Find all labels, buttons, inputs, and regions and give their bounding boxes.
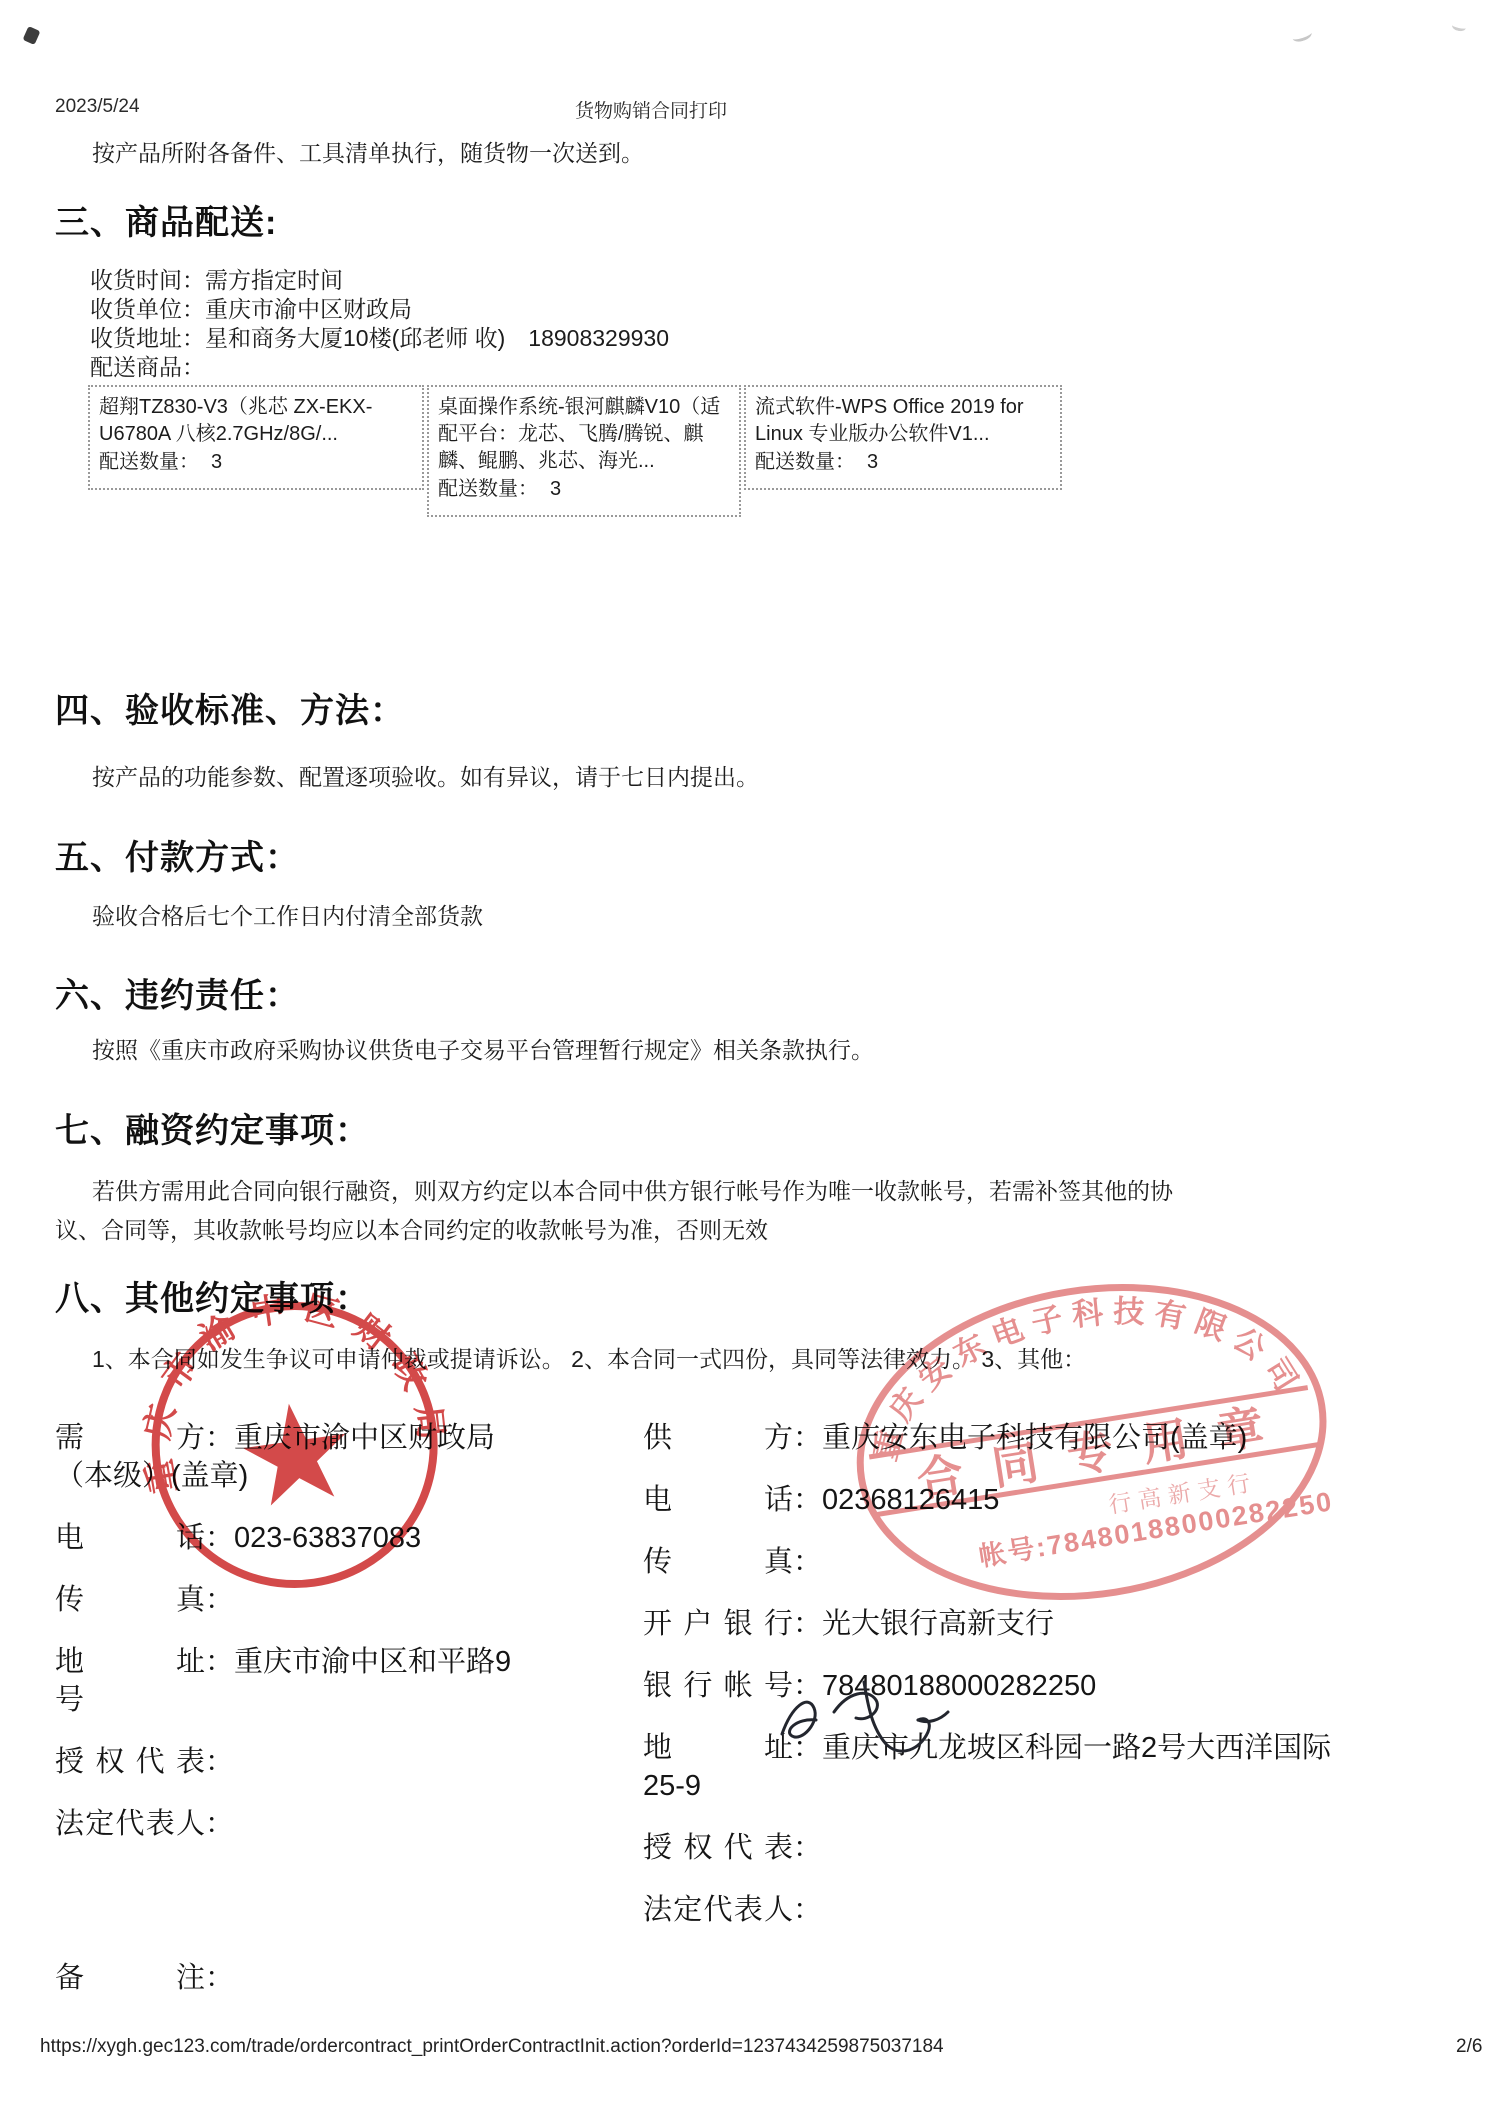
buyer-row: 授权代表： [55,1743,533,1781]
section-4-heading: 四、验收标准、方法： [55,683,1433,732]
product-name: 桌面操作系统-银河麒麟V10（适配平台：龙芯、飞腾/腾锐、麒麟、鲲鹏、兆芯、海光… [438,394,730,475]
field-label: 法定代表人 [55,1805,205,1843]
field-label: 授权代表 [55,1743,205,1781]
field-label: 授权代表 [643,1829,793,1867]
delivery-info: 收货时间：需方指定时间 收货单位：重庆市渝中区财政局 收货地址：星和商务大厦10… [90,266,1433,382]
delivery-address: 收货地址：星和商务大厦10楼(邱老师 收) 18908329930 [90,324,1433,353]
field-label: 供方 [643,1419,793,1457]
delivery-unit: 收货单位：重庆市渝中区财政局 [90,295,1433,324]
product-card: 桌面操作系统-银河麒麟V10（适配平台：龙芯、飞腾/腾锐、麒麟、鲲鹏、兆芯、海光… [427,385,741,517]
footer-url: https://xygh.gec123.com/trade/ordercontr… [40,2036,944,2058]
delivery-time: 收货时间：需方指定时间 [90,266,1433,295]
buyer-row: 地址：重庆市渝中区和平路9号 [55,1643,533,1719]
section-7-heading: 七、融资约定事项： [55,1103,1433,1152]
section-3-heading: 三、商品配送: [55,195,1433,244]
section-4-body: 按产品的功能参数、配置逐项验收。如有异议，请于七日内提出。 [55,758,1173,798]
supplier-row: 法定代表人： [643,1891,1349,1929]
product-qty-value: 3 [550,478,561,500]
section-7-body: 若供方需用此合同向银行融资，则双方约定以本合同中供方银行帐号作为唯一收款帐号，若… [55,1172,1173,1251]
product-qty-value: 3 [867,451,878,473]
colon: ： [793,1484,822,1516]
field-value: 光大银行高新支行 [822,1608,1054,1640]
colon: ： [793,1608,822,1640]
colon: ： [793,1832,822,1864]
field-label: 备注 [55,1959,205,1997]
section-6-body: 按照《重庆市政府采购协议供货电子交易平台管理暂行规定》相关条款执行。 [55,1031,1173,1071]
colon: ： [205,1646,234,1678]
signature-handwritten [768,1672,958,1772]
doc-title: 货物购销合同打印 [575,96,727,123]
print-date: 2023/5/24 [55,96,140,118]
intro-paragraph: 按产品所附各备件、工具清单执行，随货物一次送到。 [55,138,1433,169]
product-qty-label: 配送数量： [755,451,855,473]
field-value: 重庆安东电子科技有限公司(盖章) [822,1422,1247,1454]
product-name: 超翔TZ830-V3（兆芯 ZX-EKX-U6780A 八核2.7GHz/8G/… [99,394,413,448]
buyer-row: 需方：重庆市渝中区财政局（本级）(盖章) [55,1419,533,1495]
buyer-row: 传真： [55,1581,533,1619]
colon: ： [205,1584,234,1616]
field-label: 传真 [55,1581,205,1619]
contract-print-page: 2023/5/24 货物购销合同打印 按产品所附各备件、工具清单执行，随货物一次… [0,0,1488,2106]
remark-row: 备注： [55,1959,533,1997]
product-qty-value: 3 [211,451,222,473]
supplier-column: 供方：重庆安东电子科技有限公司(盖章) 电话：02368126415 传真： 开… [643,1419,1349,1953]
delivery-goods-label: 配送商品： [90,353,1433,382]
product-name: 流式软件-WPS Office 2019 for Linux 专业版办公软件V1… [755,394,1051,448]
buyer-row: 法定代表人： [55,1805,533,1843]
supplier-row: 电话：02368126415 [643,1481,1349,1519]
field-label: 需方 [55,1419,205,1457]
colon: ： [205,1808,234,1840]
section-8-heading: 八、其他约定事项： [55,1271,1433,1320]
buyer-row: 电话：023-63837083 [55,1519,533,1557]
section-5-body: 验收合格后七个工作日内付清全部货款 [55,897,1173,937]
field-value: 02368126415 [822,1484,999,1516]
section-5-heading: 五、付款方式： [55,830,1433,879]
colon: ： [205,1422,234,1454]
product-card: 流式软件-WPS Office 2019 for Linux 专业版办公软件V1… [744,385,1062,490]
product-qty-label: 配送数量： [438,478,538,500]
field-label: 开户银行 [643,1605,793,1643]
supplier-row: 银行帐号：78480188000282250 [643,1667,1349,1705]
colon: ： [793,1546,822,1578]
colon: ： [205,1962,234,1994]
field-label: 电话 [643,1481,793,1519]
supplier-row: 地址：重庆市九龙坡区科园一路2号大西洋国际25-9 [643,1729,1349,1805]
section-8-body: 1、本合同如发生争议可申请仲裁或提请诉讼。 2、本合同一式四份，具同等法律效力。… [55,1340,1173,1380]
document-body: 2023/5/24 货物购销合同打印 按产品所附各备件、工具清单执行，随货物一次… [0,0,1488,2039]
supplier-row: 授权代表： [643,1829,1349,1867]
colon: ： [793,1894,822,1926]
supplier-row: 传真： [643,1543,1349,1581]
field-label: 地址 [55,1643,205,1681]
section-6-heading: 六、违约责任： [55,968,1433,1017]
product-table: 超翔TZ830-V3（兆芯 ZX-EKX-U6780A 八核2.7GHz/8G/… [88,385,1433,517]
field-label: 电话 [55,1519,205,1557]
field-label: 法定代表人 [643,1891,793,1929]
colon: ： [205,1522,234,1554]
colon: ： [793,1422,822,1454]
field-value: 023-63837083 [234,1522,421,1554]
supplier-row: 开户银行：光大银行高新支行 [643,1605,1349,1643]
signature-block: 需方：重庆市渝中区财政局（本级）(盖章) 电话：023-63837083 传真：… [55,1419,1433,2039]
product-card: 超翔TZ830-V3（兆芯 ZX-EKX-U6780A 八核2.7GHz/8G/… [88,385,424,490]
colon: ： [205,1746,234,1778]
supplier-row: 供方：重庆安东电子科技有限公司(盖章) [643,1419,1349,1457]
product-qty-label: 配送数量： [99,451,199,473]
field-label: 传真 [643,1543,793,1581]
buyer-column: 需方：重庆市渝中区财政局（本级）(盖章) 电话：023-63837083 传真：… [55,1419,533,2021]
page-number: 2/6 [1456,2036,1482,2058]
print-header: 2023/5/24 货物购销合同打印 [55,96,1433,122]
